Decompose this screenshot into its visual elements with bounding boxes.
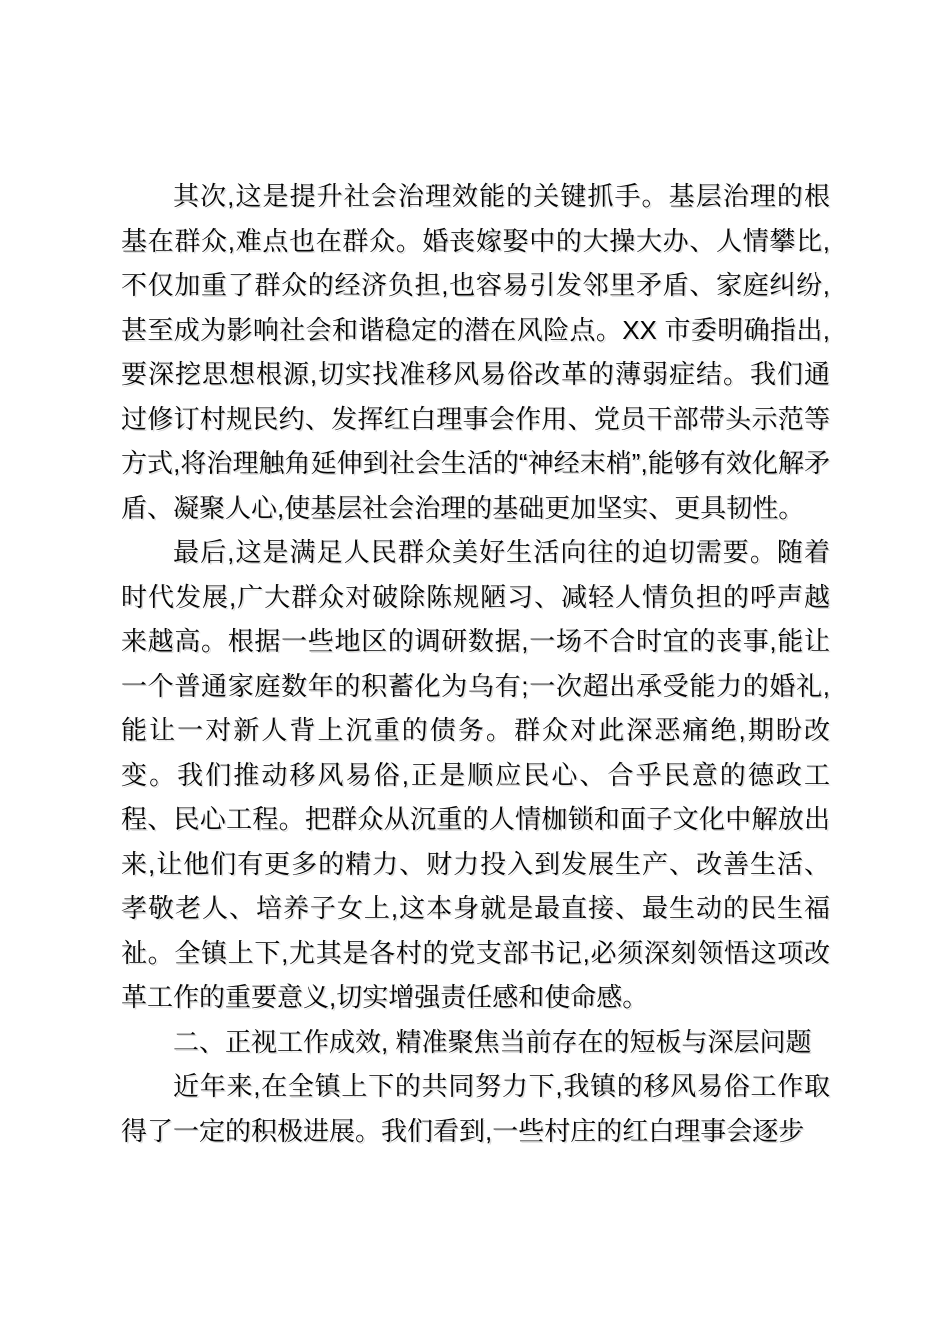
- document-page: 其次,这是提升社会治理效能的关键抓手。基层治理的根基在群众,难点也在群众。婚丧嫁…: [0, 0, 950, 1344]
- section-heading-2: 二、正视工作成效, 精准聚焦当前存在的短板与深层问题: [121, 1020, 830, 1065]
- document-text-block: 其次,这是提升社会治理效能的关键抓手。基层治理的根基在群众,难点也在群众。婚丧嫁…: [121, 174, 830, 1153]
- paragraph-people-aspiration: 最后,这是满足人民群众美好生活向往的迫切需要。随着时代发展,广大群众对破除陈规陋…: [121, 530, 830, 1020]
- paragraph-recent-progress: 近年来,在全镇上下的共同努力下,我镇的移风易俗工作取得了一定的积极进展。我们看到…: [121, 1064, 830, 1153]
- paragraph-social-governance: 其次,这是提升社会治理效能的关键抓手。基层治理的根基在群众,难点也在群众。婚丧嫁…: [121, 174, 830, 530]
